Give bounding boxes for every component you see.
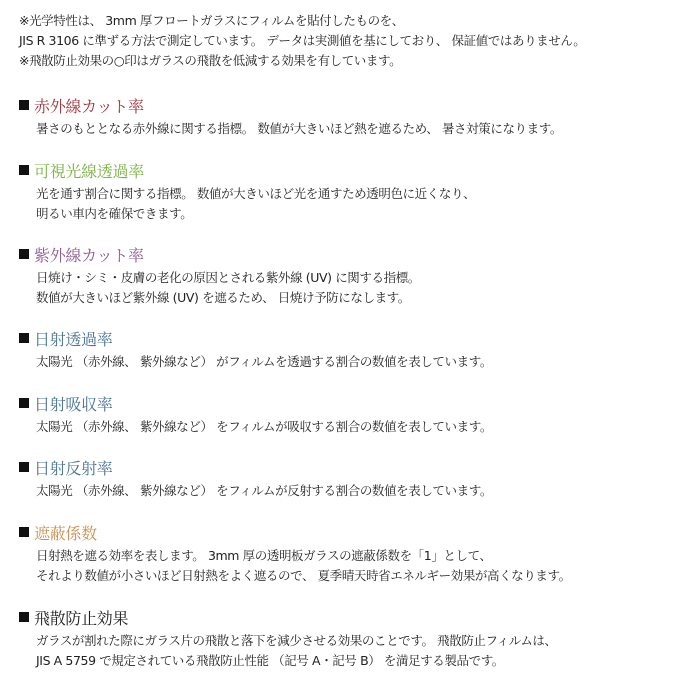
- note-line: ※飛散防止効果の○印はガラスの飛散を低減する効果を有しています。: [19, 51, 585, 71]
- section-desc: 日射熱を遮る効率を表します。 3mm 厚の透明板ガラスの遮蔽係数を「1」として、: [36, 546, 571, 566]
- section-desc: 数値が大きいほど紫外線 (UV) を遮るため、 日焼け予防になします。: [36, 288, 420, 308]
- section-solar-reflectance: 日射反射率 太陽光 （赤外線、 紫外線など） をフィルムが反射する割合の数値を表…: [19, 456, 492, 501]
- square-bullet-icon: [19, 100, 29, 110]
- section-desc: それより数値が小さいほど日射熱をよく遮るので、 夏季晴天時省エネルギー効果が高く…: [36, 566, 571, 586]
- section-title: 遮蔽係数: [34, 521, 97, 544]
- section-title: 紫外線カット率: [34, 243, 144, 266]
- square-bullet-icon: [19, 165, 29, 175]
- note-line: JIS R 3106 に準ずる方法で測定しています。 データは実測値を基にしてお…: [19, 31, 585, 51]
- section-desc: 太陽光 （赤外線、 紫外線など） をフィルムが吸収する割合の数値を表しています。: [36, 417, 492, 437]
- section-desc: 光を通す割合に関する指標。 数値が大きいほど光を通すため透明色に近くなり、: [36, 184, 475, 204]
- square-bullet-icon: [19, 527, 29, 537]
- section-desc: ガラスが割れた際にガラス片の飛散と落下を減少させる効果のことです。 飛散防止フィ…: [36, 631, 557, 651]
- section-title: 日射反射率: [34, 456, 113, 479]
- section-solar-absorptance: 日射吸収率 太陽光 （赤外線、 紫外線など） をフィルムが吸収する割合の数値を表…: [19, 392, 492, 437]
- square-bullet-icon: [19, 333, 29, 343]
- note-line: ※光学特性は、 3mm 厚フロートガラスにフィルムを貼付したものを、: [19, 11, 585, 31]
- section-desc: 日焼け・シミ・皮膚の老化の原因とされる紫外線 (UV) に関する指標。: [36, 268, 420, 288]
- section-title: 日射吸収率: [34, 392, 113, 415]
- square-bullet-icon: [19, 612, 29, 622]
- notes-block: ※光学特性は、 3mm 厚フロートガラスにフィルムを貼付したものを、 JIS R…: [19, 11, 585, 71]
- section-title: 飛散防止効果: [34, 606, 128, 629]
- square-bullet-icon: [19, 249, 29, 259]
- section-desc: JIS A 5759 で規定されている飛散防止性能 （記号 A・記号 B） を満…: [36, 651, 557, 671]
- section-shatter-prevention: 飛散防止効果 ガラスが割れた際にガラス片の飛散と落下を減少させる効果のことです。…: [19, 606, 557, 671]
- section-desc: 暑さのもととなる赤外線に関する指標。 数値が大きいほど熱を遮るため、 暑さ対策に…: [36, 119, 562, 139]
- section-title: 日射透過率: [34, 327, 113, 350]
- section-desc: 太陽光 （赤外線、 紫外線など） をフィルムが反射する割合の数値を表しています。: [36, 481, 492, 501]
- square-bullet-icon: [19, 462, 29, 472]
- section-desc: 太陽光 （赤外線、 紫外線など） がフィルムを透過する割合の数値を表しています。: [36, 352, 492, 372]
- section-desc: 明るい車内を確保できます。: [36, 204, 475, 224]
- section-shading-coefficient: 遮蔽係数 日射熱を遮る効率を表します。 3mm 厚の透明板ガラスの遮蔽係数を「1…: [19, 521, 571, 586]
- section-visible-transmittance: 可視光線透過率 光を通す割合に関する指標。 数値が大きいほど光を通すため透明色に…: [19, 159, 475, 224]
- section-uv-cut: 紫外線カット率 日焼け・シミ・皮膚の老化の原因とされる紫外線 (UV) に関する…: [19, 243, 420, 308]
- section-title: 可視光線透過率: [34, 159, 144, 182]
- section-title: 赤外線カット率: [34, 94, 144, 117]
- section-solar-transmittance: 日射透過率 太陽光 （赤外線、 紫外線など） がフィルムを透過する割合の数値を表…: [19, 327, 492, 372]
- section-ir-cut: 赤外線カット率 暑さのもととなる赤外線に関する指標。 数値が大きいほど熱を遮るた…: [19, 94, 562, 139]
- square-bullet-icon: [19, 398, 29, 408]
